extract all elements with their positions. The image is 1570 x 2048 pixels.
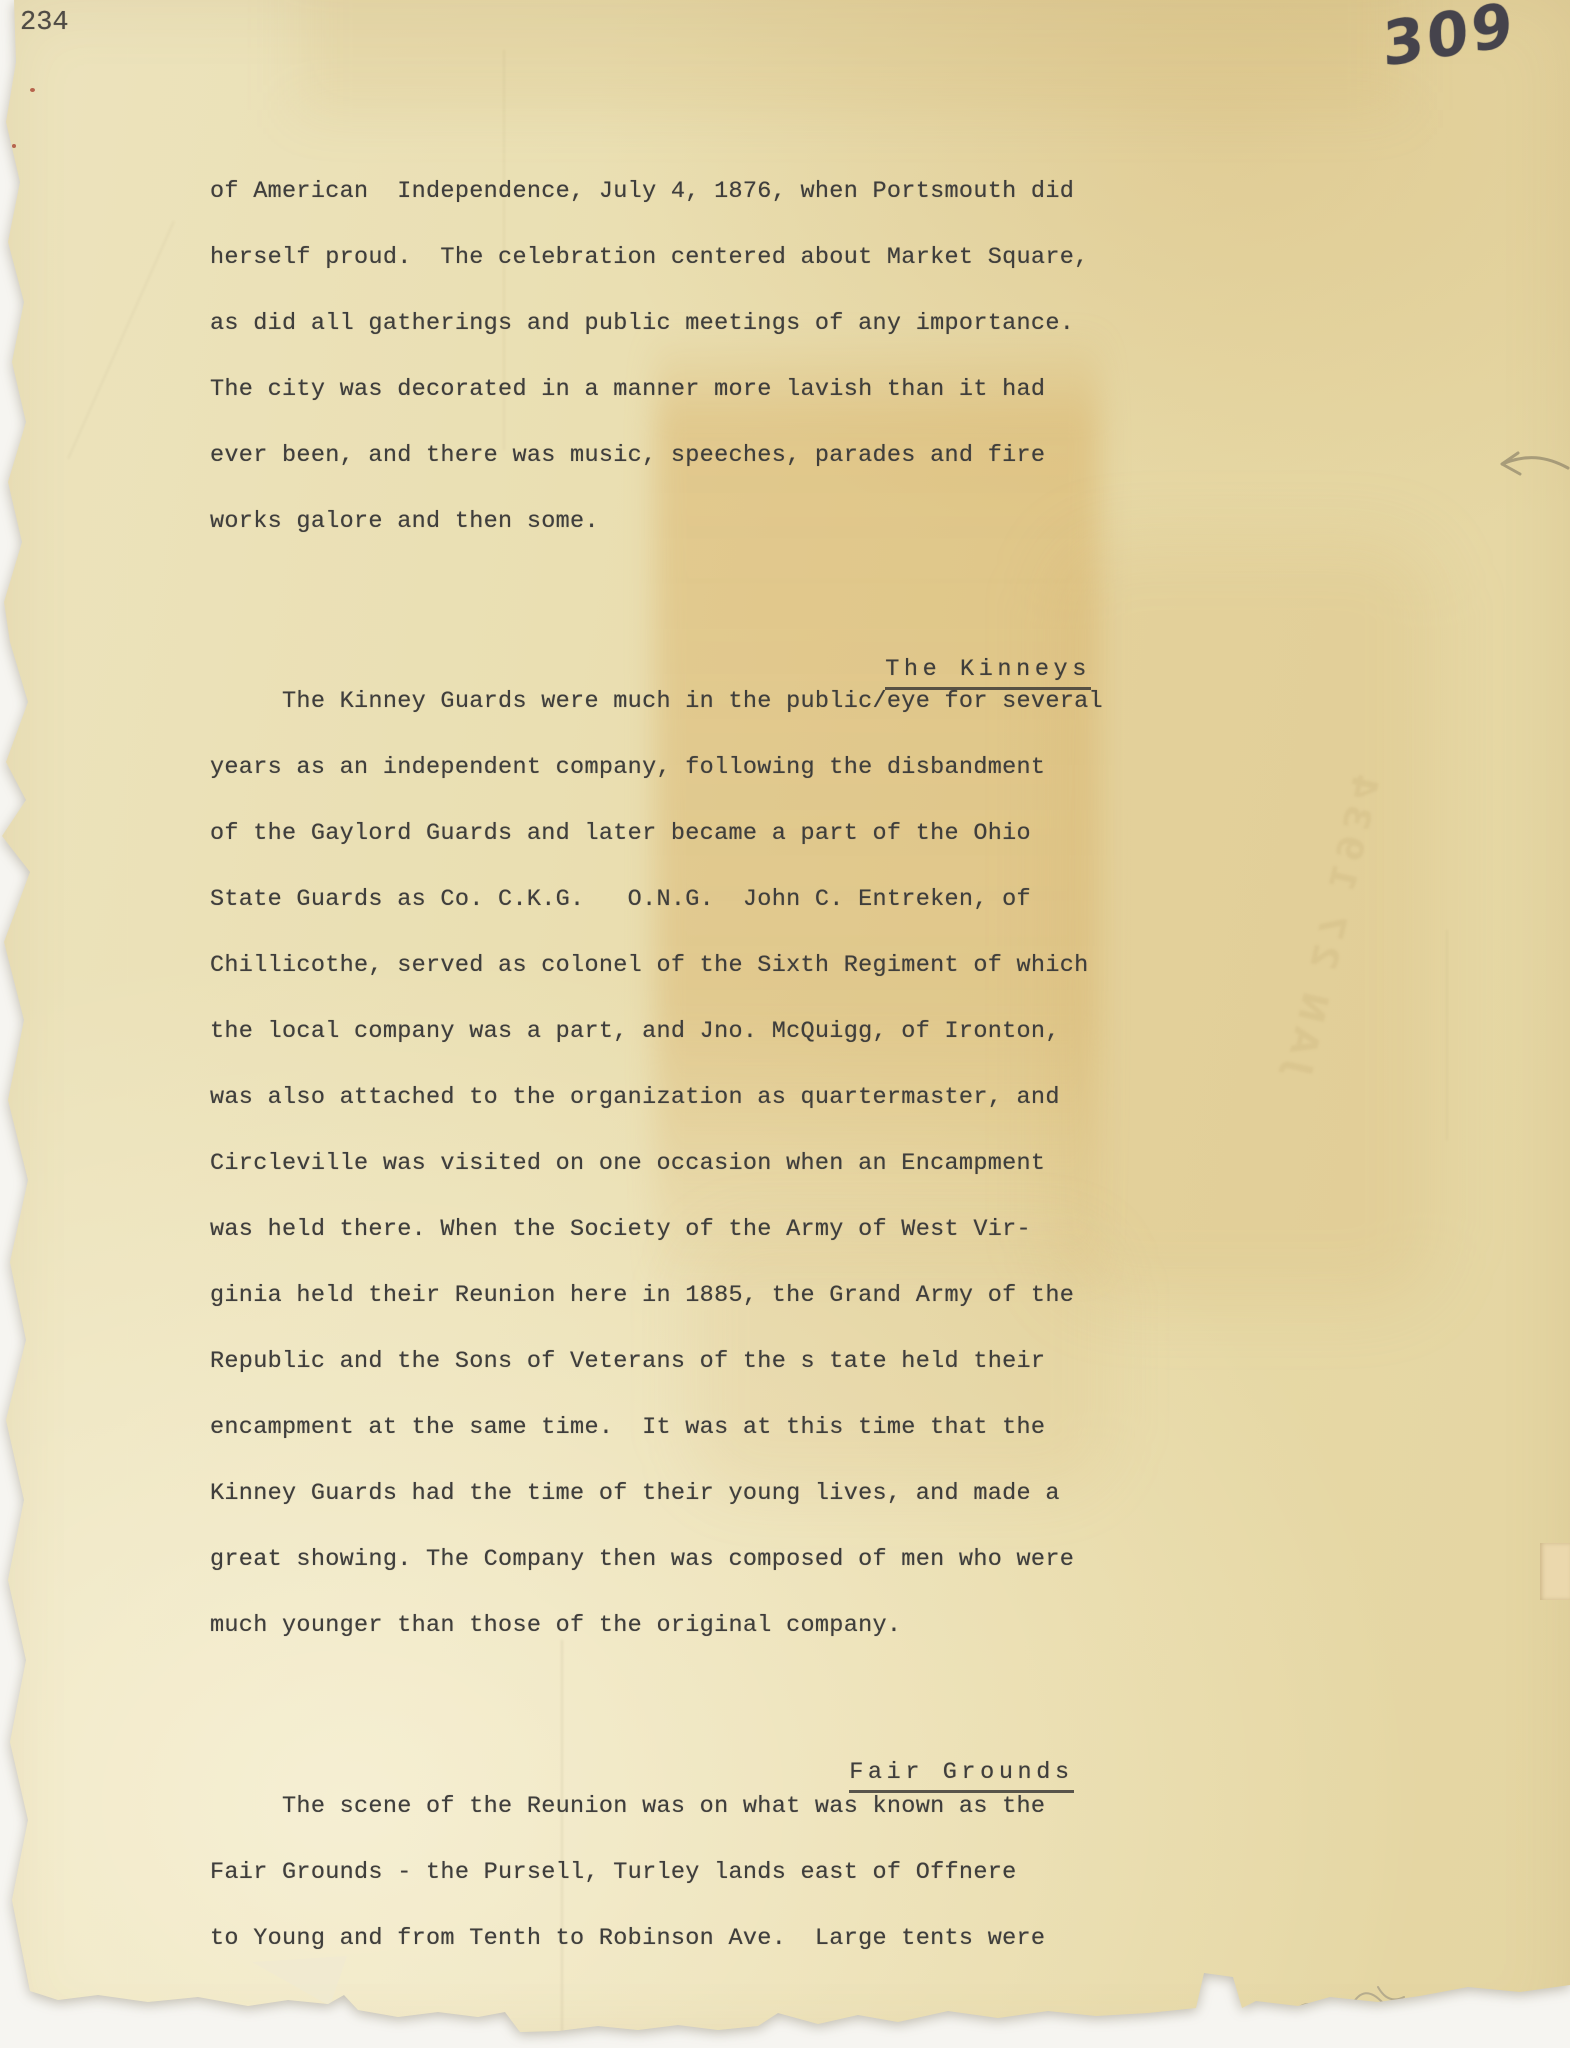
typed-line: Chillicothe, served as colonel of the Si…: [210, 933, 1210, 999]
paper-speck: [12, 144, 16, 148]
paragraph-kinneys: The Kinney Guards were much in the publi…: [210, 669, 1210, 1659]
stain-top-edge: [300, 0, 1400, 110]
section-heading-kinneys: The Kinneys: [770, 571, 1210, 637]
typed-line: to Young and from Tenth to Robinson Ave.…: [210, 1906, 1210, 1972]
typed-line: The Kinney Guards were much in the publi…: [210, 669, 1210, 735]
typed-line: great showing. The Company then was comp…: [210, 1527, 1210, 1593]
typed-line: ginia held their Reunion here in 1885, t…: [210, 1263, 1210, 1329]
scanned-page: JAN 27 1934 234 309 of American Independ…: [0, 0, 1570, 2048]
paper-crease: [1446, 930, 1448, 1140]
pencil-scribble: [1282, 1978, 1452, 2048]
pencil-arrow-icon: [1496, 446, 1570, 486]
typed-line: Kinney Guards had the time of their youn…: [210, 1461, 1210, 1527]
typed-line: State Guards as Co. C.K.G. O.N.G. John C…: [210, 867, 1210, 933]
typed-line: of the Gaylord Guards and later became a…: [210, 801, 1210, 867]
typed-line: Circleville was visited on one occasion …: [210, 1131, 1210, 1197]
paper-crease: [67, 221, 175, 459]
typed-line: The city was decorated in a manner more …: [210, 357, 1210, 423]
typed-line: as did all gatherings and public meeting…: [210, 291, 1210, 357]
typed-line: Fair Grounds - the Pursell, Turley lands…: [210, 1840, 1210, 1906]
typed-line: ever been, and there was music, speeches…: [210, 423, 1210, 489]
typed-line: years as an independent company, followi…: [210, 735, 1210, 801]
paper-sheet: JAN 27 1934 234 309 of American Independ…: [0, 0, 1570, 2048]
typed-line: was also attached to the organization as…: [210, 1065, 1210, 1131]
typed-line: Republic and the Sons of Veterans of the…: [210, 1329, 1210, 1395]
typed-line: was held there. When the Society of the …: [210, 1197, 1210, 1263]
typed-line: the local company was a part, and Jno. M…: [210, 999, 1210, 1065]
typed-line: encampment at the same time. It was at t…: [210, 1395, 1210, 1461]
section-heading-fair-grounds: Fair Grounds: [734, 1674, 1210, 1740]
typed-page-number: 234: [20, 8, 69, 38]
typed-line: much younger than those of the original …: [210, 1593, 1210, 1659]
handwritten-page-number: 309: [1382, 0, 1517, 81]
paper-speck: [30, 88, 35, 92]
tape-patch: [1540, 1543, 1570, 1600]
typewritten-text-block: of American Independence, July 4, 1876, …: [210, 159, 1210, 1972]
typed-line: works galore and then some.: [210, 489, 1210, 555]
typed-line: herself proud. The celebration centered …: [210, 225, 1210, 291]
paper-speck: [10, 1046, 15, 1050]
typed-line: of American Independence, July 4, 1876, …: [210, 159, 1210, 225]
